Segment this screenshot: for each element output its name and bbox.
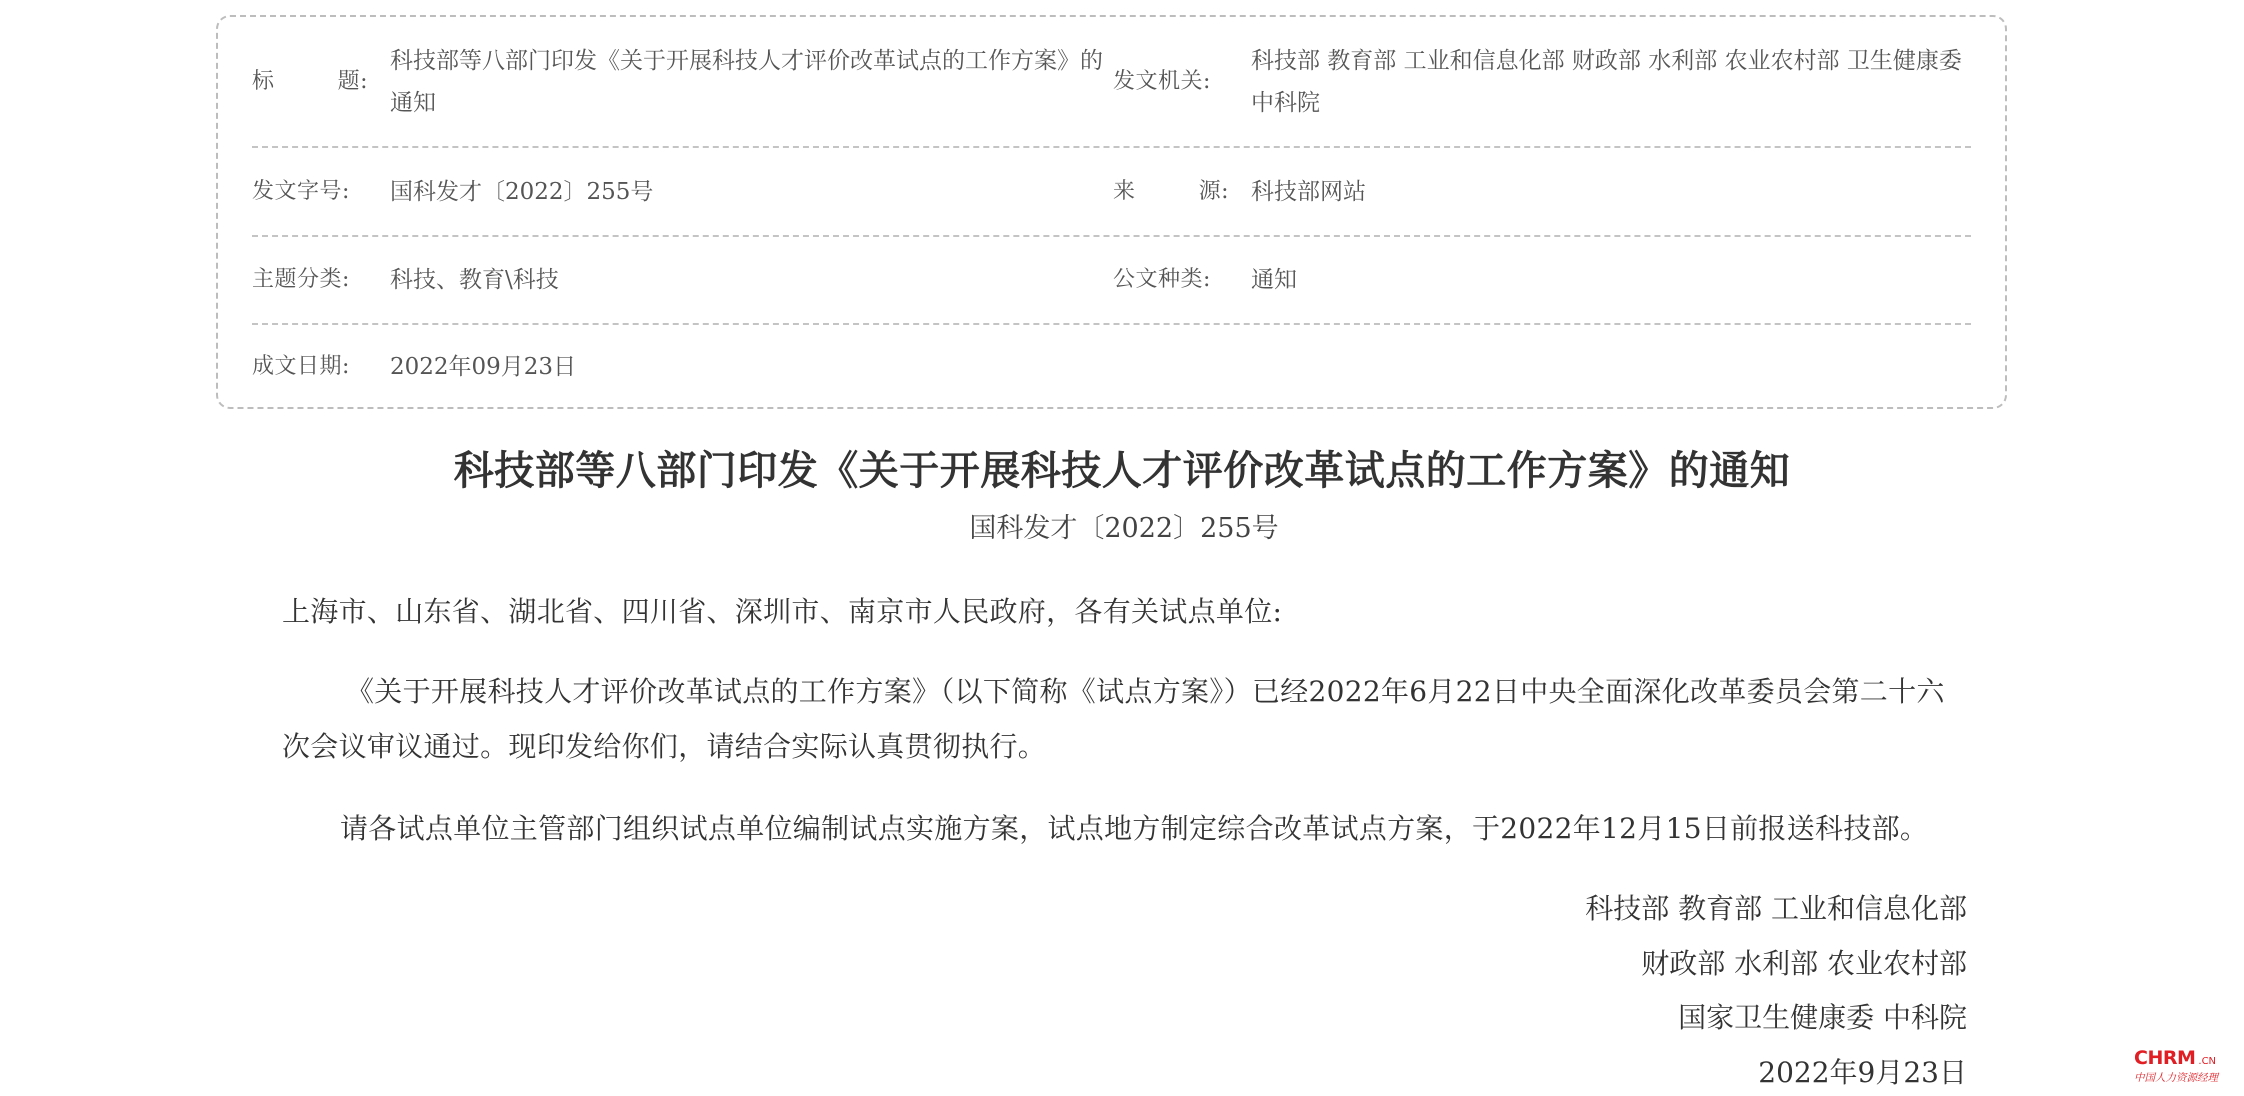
meta-label-doc-number: 发文字号: xyxy=(252,171,390,213)
meta-field-title: 标 题: 科技部等八部门印发《关于开展科技人才评价改革试点的工作方案》的通知 xyxy=(252,40,1113,124)
meta-field-issuer: 发文机关: 科技部 教育部 工业和信息化部 财政部 水利部 农业农村部 卫生健康… xyxy=(1113,40,1971,124)
article-paragraph-body-1: 《关于开展科技人才评价改革试点的工作方案》（以下简称《试点方案》）已经2022年… xyxy=(282,664,1972,774)
signature-line: 国家卫生健康委 中科院 xyxy=(1585,991,1967,1046)
meta-field-doc-type: 公文种类: 通知 xyxy=(1113,259,1971,301)
meta-value-source: 科技部网站 xyxy=(1251,171,1971,213)
meta-label-title: 标 题: xyxy=(252,61,368,103)
logo-subtitle-text: 中国人力资源经理 xyxy=(2134,1071,2234,1085)
logo-brand-text: CHRM xyxy=(2134,1049,2195,1067)
meta-label-doc-type: 公文种类: xyxy=(1113,259,1251,301)
meta-row-date: 成文日期: 2022年09月23日 xyxy=(252,325,1971,409)
meta-value-issuer: 科技部 教育部 工业和信息化部 财政部 水利部 农业农村部 卫生健康委 中科院 xyxy=(1251,40,1971,124)
meta-label-written-date: 成文日期: xyxy=(252,346,390,388)
meta-value-subject-category: 科技、教育\科技 xyxy=(390,259,1113,301)
article-doc-number: 国科发才〔2022〕255号 xyxy=(0,509,2244,549)
document-metadata-box: 标 题: 科技部等八部门印发《关于开展科技人才评价改革试点的工作方案》的通知 发… xyxy=(216,15,2007,409)
chrm-logo-watermark: CHRM .CN 中国人力资源经理 xyxy=(2134,1049,2234,1085)
meta-value-written-date: 2022年09月23日 xyxy=(390,346,1115,388)
article-signature: 科技部 教育部 工业和信息化部 财政部 水利部 农业农村部 国家卫生健康委 中科… xyxy=(1585,882,1967,1096)
article-title: 科技部等八部门印发《关于开展科技人才评价改革试点的工作方案》的通知 xyxy=(0,444,2244,498)
meta-field-subject-category: 主题分类: 科技、教育\科技 xyxy=(252,259,1113,301)
meta-value-title: 科技部等八部门印发《关于开展科技人才评价改革试点的工作方案》的通知 xyxy=(390,40,1113,124)
signature-line: 财政部 水利部 农业农村部 xyxy=(1585,937,1967,992)
meta-row-title-issuer: 标 题: 科技部等八部门印发《关于开展科技人才评价改革试点的工作方案》的通知 发… xyxy=(252,17,1971,148)
meta-field-doc-number: 发文字号: 国科发才〔2022〕255号 xyxy=(252,171,1113,213)
meta-value-doc-number: 国科发才〔2022〕255号 xyxy=(390,171,1113,213)
meta-label-issuer: 发文机关: xyxy=(1113,61,1251,103)
article-paragraph-body-2: 请各试点单位主管部门组织试点单位编制试点实施方案，试点地方制定综合改革试点方案，… xyxy=(282,801,1982,856)
signature-date: 2022年9月23日 xyxy=(1585,1046,1967,1096)
meta-field-source: 来 源: 科技部网站 xyxy=(1113,171,1971,213)
meta-value-doc-type: 通知 xyxy=(1251,259,1971,301)
meta-label-subject-category: 主题分类: xyxy=(252,259,390,301)
signature-line: 科技部 教育部 工业和信息化部 xyxy=(1585,882,1967,937)
meta-row-category-type: 主题分类: 科技、教育\科技 公文种类: 通知 xyxy=(252,237,1971,325)
article-paragraph-recipients: 上海市、山东省、湖北省、四川省、深圳市、南京市人民政府，各有关试点单位: xyxy=(282,584,1982,639)
logo-tld-text: .CN xyxy=(2198,1053,2216,1071)
meta-label-source: 来 源: xyxy=(1113,171,1229,213)
meta-field-written-date: 成文日期: 2022年09月23日 xyxy=(252,346,1115,388)
meta-row-docnumber-source: 发文字号: 国科发才〔2022〕255号 来 源: 科技部网站 xyxy=(252,148,1971,237)
